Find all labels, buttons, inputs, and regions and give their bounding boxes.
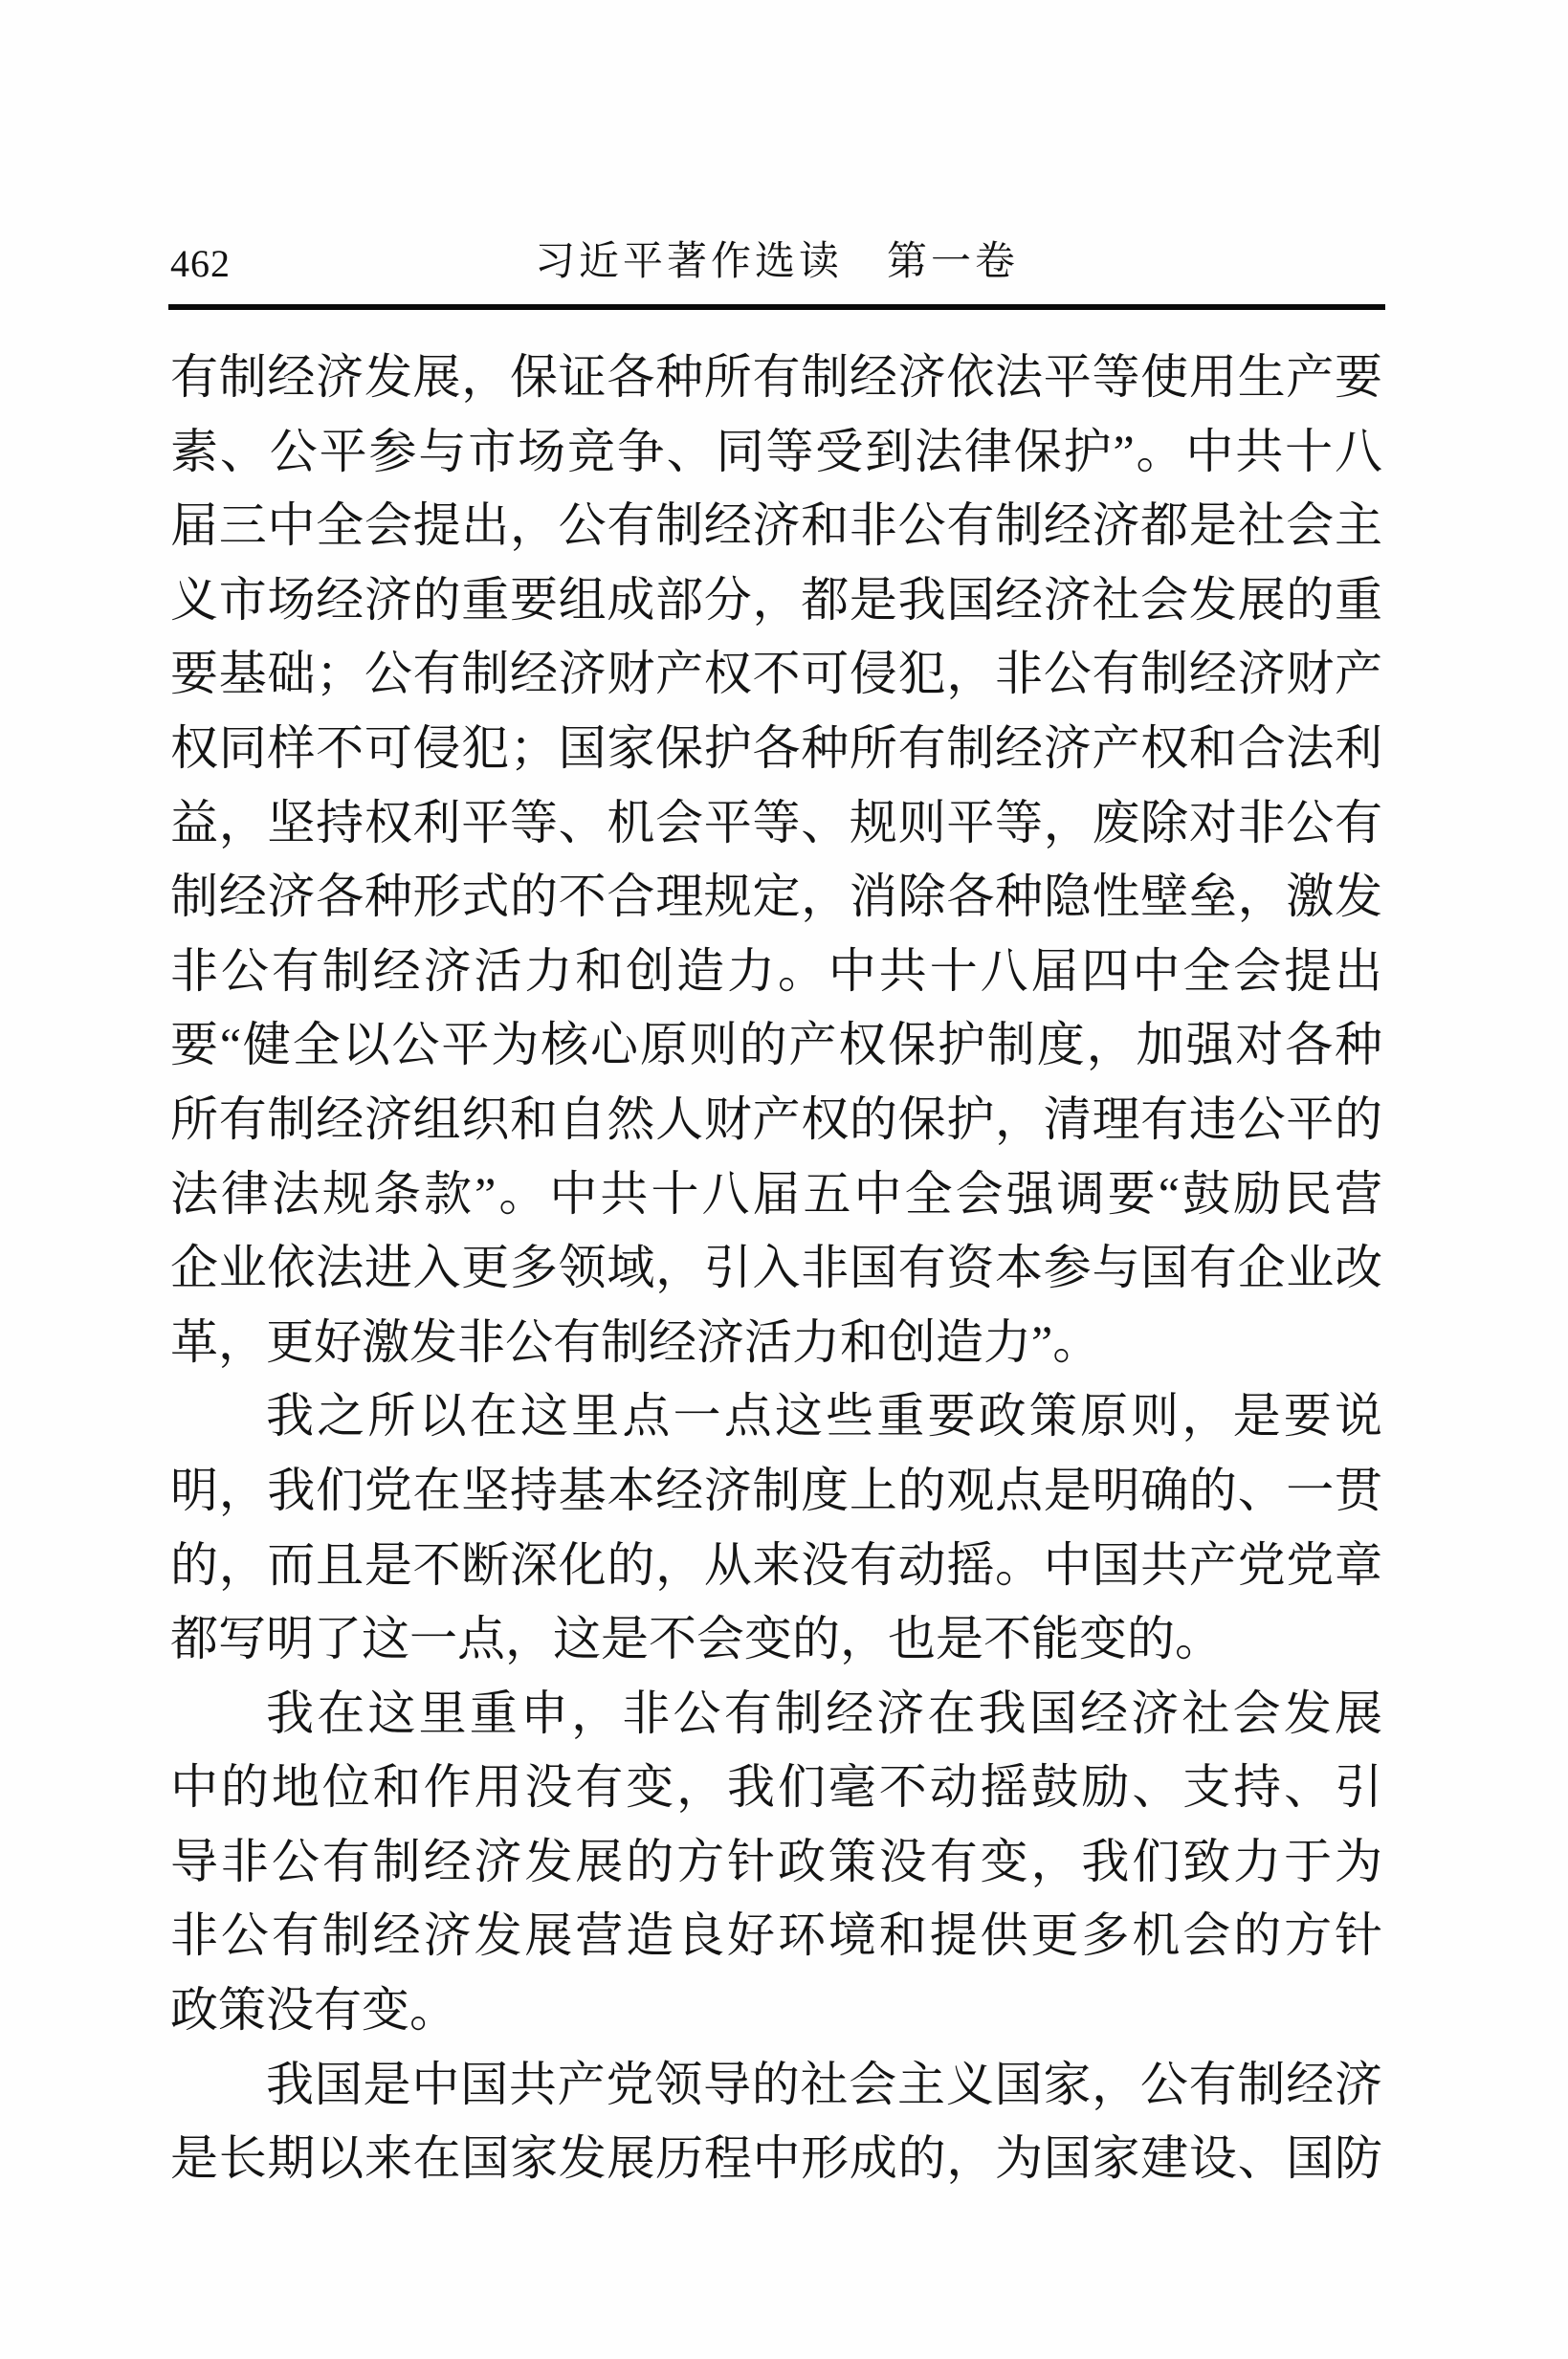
text-line: 益，坚持权利平等、机会平等、规则平等，废除对非公有 [170, 786, 1382, 861]
header-rule [168, 304, 1385, 310]
text-line: 我国是中国共产党领导的社会主义国家，公有制经济 [170, 2048, 1382, 2123]
text-line: 中的地位和作用没有变，我们毫不动摇鼓励、支持、引 [170, 1751, 1382, 1825]
text-line: 我之所以在这里点一点这些重要政策原则，是要说 [170, 1379, 1382, 1454]
text-line: 有制经济发展，保证各种所有制经济依法平等使用生产要 [170, 341, 1382, 415]
text-line: 素、公平参与市场竞争、同等受到法律保护”。中共十八 [170, 415, 1382, 490]
text-line: 政策没有变。 [170, 1973, 1382, 2048]
text-line: 非公有制经济发展营造良好环境和提供更多机会的方针 [170, 1899, 1382, 1973]
text-line: 要基础；公有制经济财产权不可侵犯，非公有制经济财产 [170, 637, 1382, 712]
running-title: 习近平著作选读 第一卷 [170, 237, 1383, 287]
book-page: { "page": { "number": "462", "running_ti… [0, 0, 1568, 2359]
text-line: 的，而且是不断深化的，从来没有动摇。中国共产党党章 [170, 1529, 1382, 1603]
text-line: 所有制经济组织和自然人财产权的保护，清理有违公平的 [170, 1083, 1382, 1157]
text-line: 革，更好激发非公有制经济活力和创造力”。 [170, 1306, 1382, 1380]
text-line: 都写明了这一点，这是不会变的，也是不能变的。 [170, 1602, 1382, 1677]
text-line: 义市场经济的重要组成部分，都是我国经济社会发展的重 [170, 563, 1382, 638]
running-header: 462 习近平著作选读 第一卷 [170, 235, 1383, 291]
text-line: 导非公有制经济发展的方针政策没有变，我们致力于为 [170, 1825, 1382, 1900]
text-line: 法律法规条款”。中共十八届五中全会强调要“鼓励民营 [170, 1157, 1382, 1232]
text-line: 是长期以来在国家发展历程中形成的，为国家建设、国防 [170, 2122, 1382, 2196]
text-line: 权同样不可侵犯；国家保护各种所有制经济产权和合法利 [170, 712, 1382, 786]
page-body: 有制经济发展，保证各种所有制经济依法平等使用生产要素、公平参与市场竞争、同等受到… [170, 341, 1382, 2196]
text-line: 明，我们党在坚持基本经济制度上的观点是明确的、一贯 [170, 1454, 1382, 1529]
text-line: 要“健全以公平为核心原则的产权保护制度，加强对各种 [170, 1008, 1382, 1083]
text-line: 非公有制经济活力和创造力。中共十八届四中全会提出 [170, 935, 1382, 1009]
text-line: 届三中全会提出，公有制经济和非公有制经济都是社会主 [170, 489, 1382, 563]
text-line: 我在这里重申，非公有制经济在我国经济社会发展 [170, 1677, 1382, 1752]
text-line: 制经济各种形式的不合理规定，消除各种隐性壁垒，激发 [170, 860, 1382, 935]
text-line: 企业依法进入更多领域，引入非国有资本参与国有企业改 [170, 1231, 1382, 1306]
